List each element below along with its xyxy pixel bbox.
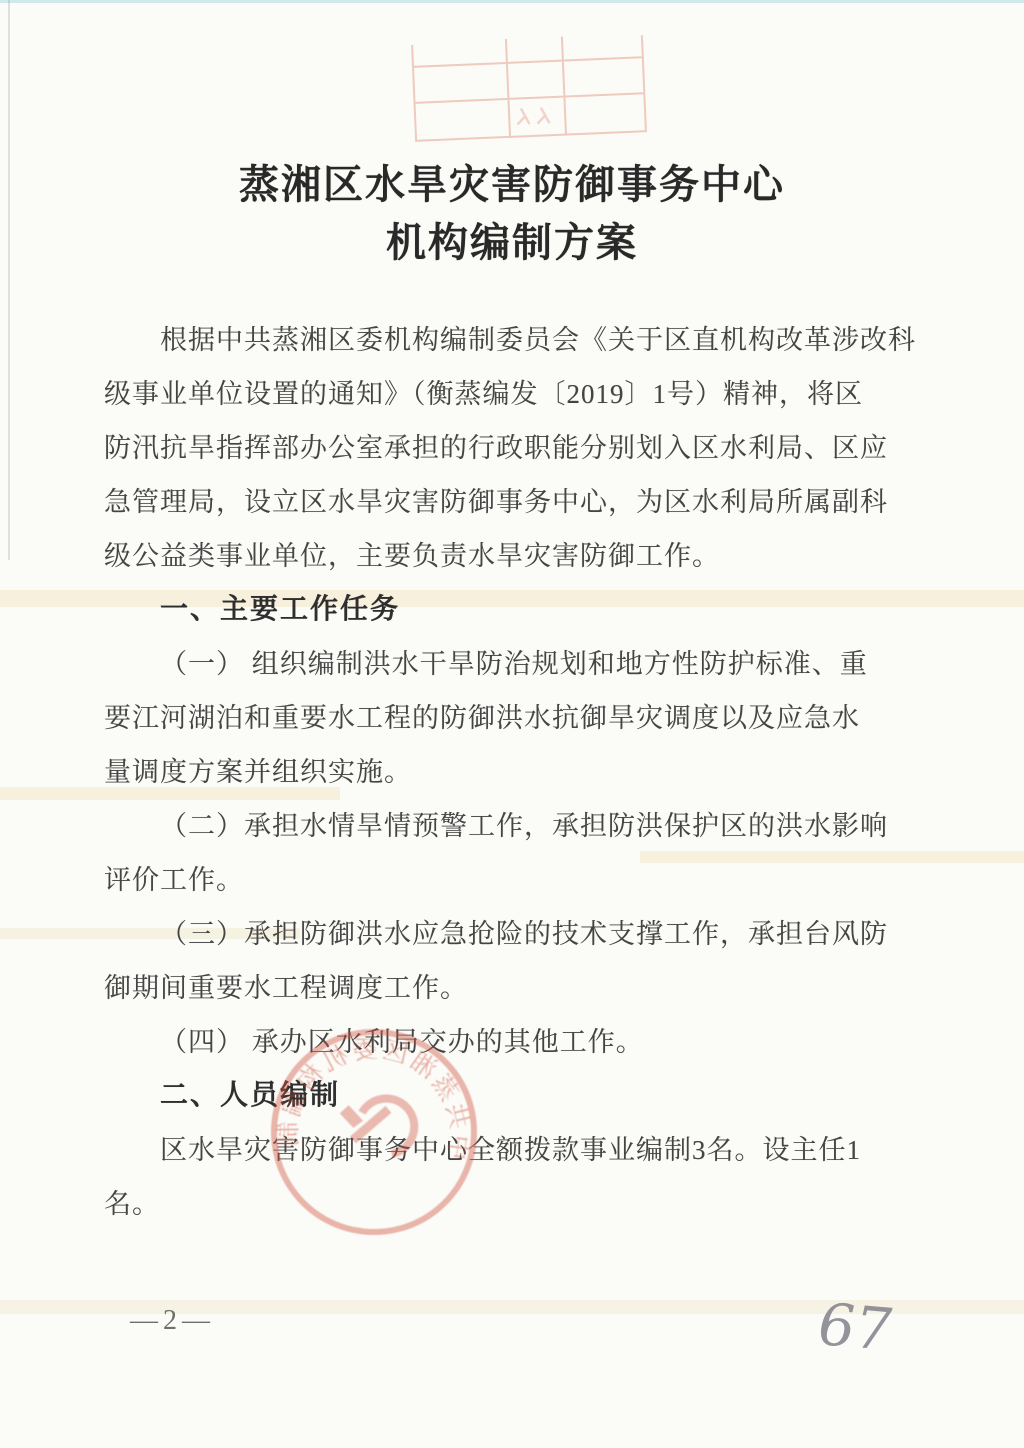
stamp-box-marks — [517, 107, 550, 124]
body-line: 根据中共蒸湘区委机构编制委员会《关于区直机构改革涉改科 — [104, 310, 924, 364]
body-line: （一） 组织编制洪水干旱防治规划和地方性防护标准、重 — [104, 634, 924, 688]
body-line: 级公益类事业单位，主要负责水旱灾害防御工作。 — [104, 526, 924, 580]
handwritten-note: 67 — [810, 1290, 899, 1363]
body-line: （四） 承办区水利局交办的其他工作。 — [104, 1012, 924, 1066]
section-heading: 一、主要工作任务 — [104, 580, 924, 634]
document-title-line1: 蒸湘区水旱灾害防御事务中心 — [0, 156, 1024, 214]
scan-artifact-edgeline — [8, 0, 10, 560]
body-line: 名。 — [104, 1174, 924, 1228]
document-title: 蒸湘区水旱灾害防御事务中心 机构编制方案 — [0, 156, 1024, 272]
registration-stamp-box — [410, 31, 650, 145]
document-title-line2: 机构编制方案 — [0, 214, 1024, 272]
body-line: 级事业单位设置的通知》（衡蒸编发〔2019〕1号）精神，将区 — [104, 364, 924, 418]
document-body: 根据中共蒸湘区委机构编制委员会《关于区直机构改革涉改科级事业单位设置的通知》（衡… — [104, 310, 924, 1228]
body-line: 区水旱灾害防御事务中心全额拨款事业编制3名。设主任1 — [104, 1120, 924, 1174]
body-line: 量调度方案并组织实施。 — [104, 742, 924, 796]
scanned-document-page: 蒸湘区水旱灾害防御事务中心 机构编制方案 根据中共蒸湘区委机构编制委员会《关于区… — [0, 0, 1024, 1448]
body-line: （三）承担防御洪水应急抢险的技术支撑工作，承担台风防 — [104, 904, 924, 958]
body-line: 急管理局，设立区水旱灾害防御事务中心，为区水利局所属副科 — [104, 472, 924, 526]
body-line: 要江河湖泊和重要水工程的防御洪水抗御旱灾调度以及应急水 — [104, 688, 924, 742]
body-line: 御期间重要水工程调度工作。 — [104, 958, 924, 1012]
body-line: 防汛抗旱指挥部办公室承担的行政职能分别划入区水利局、区应 — [104, 418, 924, 472]
body-line: 评价工作。 — [104, 850, 924, 904]
section-heading: 二、人员编制 — [104, 1066, 924, 1120]
scan-artifact-topline — [0, 0, 1024, 3]
page-number: —2— — [130, 1305, 215, 1337]
body-line: （二）承担水情旱情预警工作，承担防洪保护区的洪水影响 — [104, 796, 924, 850]
